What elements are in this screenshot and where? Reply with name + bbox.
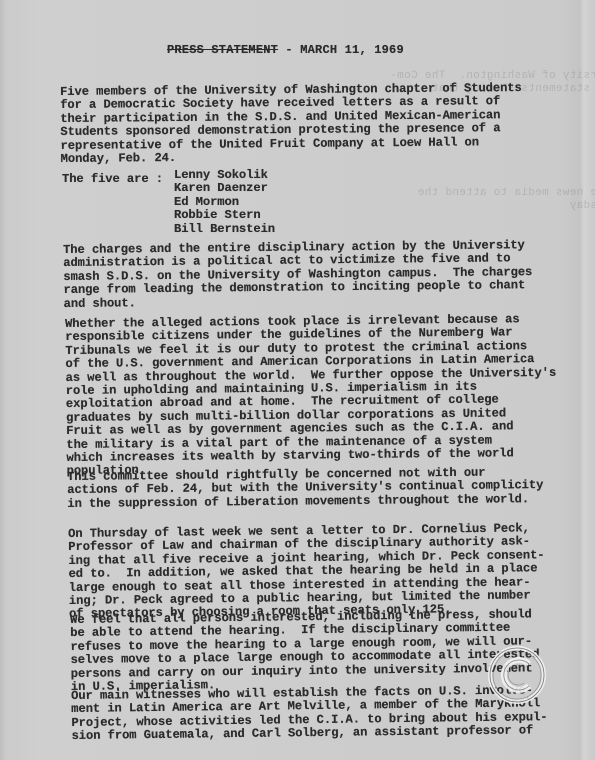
paragraph-attendance: We feel that all persons interested, inc… [70, 608, 540, 694]
paragraph-nuremberg: Whether the alleged actions took place i… [65, 313, 557, 479]
copyright-watermark-icon [487, 645, 547, 705]
paragraph-intro: Five members of the University of Washin… [60, 82, 522, 166]
title-struck-text: PRESS STATEMENT [167, 43, 278, 57]
document-page: Latin American history at the University… [0, 0, 595, 760]
title-date-text: - MARCH 11, 1969 [278, 43, 404, 57]
paragraph-letter: On Thursday of last week we sent a lette… [68, 522, 545, 622]
paragraph-charges: The charges and the entire disciplinary … [63, 239, 533, 311]
document-title: PRESS STATEMENT - MARCH 11, 1969 [167, 44, 404, 57]
paragraph-witnesses: Our main witnesses who will establish th… [71, 684, 548, 743]
five-are-label: The five are : [62, 173, 163, 186]
paragraph-committee: This committee should rightfully be conc… [67, 466, 544, 511]
names-list: Lenny Sokolik Karen Daenzer Ed Mormon Ro… [174, 169, 275, 236]
